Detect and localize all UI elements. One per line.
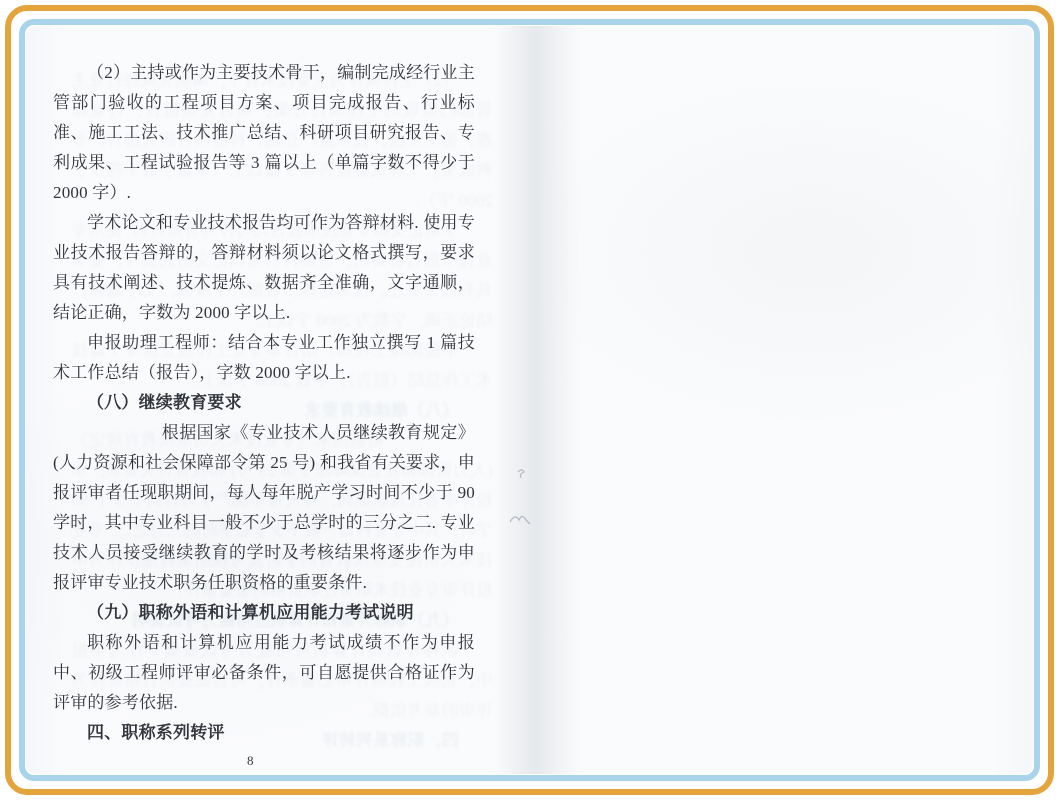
paragraph: 根据国家《专业技术人员继续教育规定》(人力资源和社会保障部令第 25 号) 和我… — [53, 418, 475, 598]
page-text-left: （2）主持或作为主要技术骨干，编制完成经行业主管部门验收的工程项目方案、项目完成… — [53, 58, 475, 748]
page-number-left: 8 — [247, 753, 254, 769]
document-pages: （2）主持或作为主要技术骨干，编制完成经行业主管部门验收的工程项目方案、项目完成… — [26, 26, 1033, 774]
paragraph: 申报助理工程师：结合本专业工作独立撰写 1 篇技术工作总结（报告），字数 200… — [53, 328, 475, 388]
paragraph: 职称外语和计算机应用能力考试成绩不作为申报中、初级工程师评审必备条件，可自愿提供… — [53, 628, 475, 718]
paragraph: 四、职称系列转评 — [53, 718, 475, 748]
paragraph: （2）主持或作为主要技术骨干，编制完成经行业主管部门验收的工程项目方案、项目完成… — [53, 58, 475, 208]
page-right: 专业技术人员因岗位变动需转系列评审的，应本着所学专业和所从事专业一致（相近）的原… — [530, 26, 1034, 774]
paragraph: （八）继续教育要求 — [53, 388, 475, 418]
page-left: （2）主持或作为主要技术骨干，编制完成经行业主管部门验收的工程项目方案、项目完成… — [26, 26, 530, 774]
paragraph: （九）职称外语和计算机应用能力考试说明 — [53, 598, 475, 628]
paragraph: 学术论文和专业技术报告均可作为答辩材料. 使用专业技术报告答辩的，答辩材料须以论… — [53, 208, 475, 328]
scanned-document-spread: （2）主持或作为主要技术骨干，编制完成经行业主管部门验收的工程项目方案、项目完成… — [0, 0, 1059, 800]
